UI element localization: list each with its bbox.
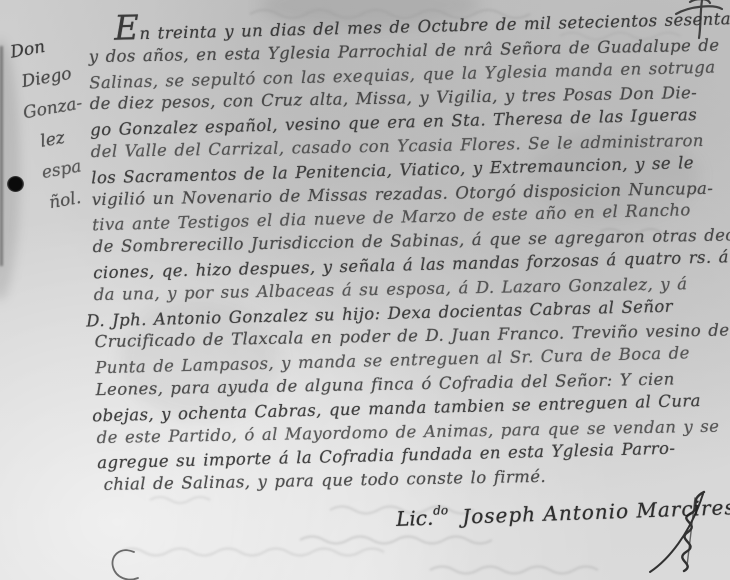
signature-name: Joseph Antonio Marcires: [462, 495, 730, 529]
signature-title: Lic.: [396, 506, 434, 531]
manuscript-photo: Don Diego Gonza- lez espa ñol. En treint…: [0, 0, 730, 580]
ink-blot: [7, 176, 24, 192]
signature-title-superscript: do: [433, 503, 448, 518]
page-edge: [0, 46, 3, 266]
record-body-text: En treinta y un dias del mes de Octubre …: [88, 9, 730, 498]
priest-signature: Lic.doJoseph Antonio Marcires: [396, 493, 730, 531]
